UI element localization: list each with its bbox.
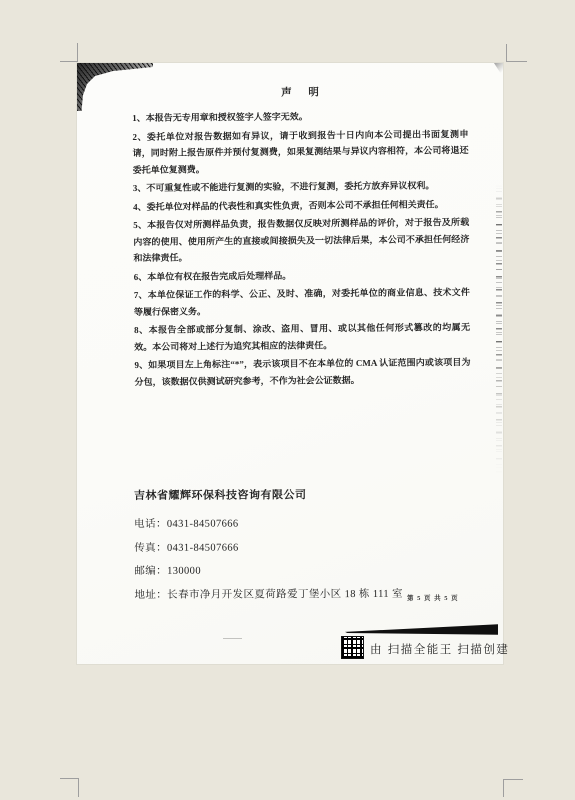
company-name: 吉林省耀辉环保科技咨询有限公司 (134, 486, 403, 503)
statement-item: 7、本单位保证工作的科学、公正、及时、准确，对委托单位的商业信息、技术文件等履行… (134, 284, 470, 320)
camscanner-caption: 由 扫描全能王 扫描创建 (370, 641, 509, 657)
company-address: 地址：长春市净月开发区夏荷路爱丁堡小区 18 栋 111 室 (134, 582, 403, 607)
company-fax: 传真：0431-84507666 (134, 535, 403, 560)
company-phone: 电话：0431-84507666 (134, 512, 403, 537)
statement-item: 3、不可重复性或不能进行复测的实验，不进行复测，委托方放弃异议权利。 (133, 177, 469, 196)
statement-section: 声 明 1、本报告无专用章和授权签字人签字无效。 2、委托单位对报告数据如有异议… (132, 83, 471, 392)
crop-mark-bottom-right (503, 779, 523, 797)
statement-item: 8、本报告全部或部分复制、涂改、盗用、冒用、或以其他任何形式篡改的均属无效。本公… (134, 319, 470, 355)
crop-mark-top-right (506, 44, 527, 62)
qr-code-icon (342, 637, 363, 658)
document-page: 声 明 1、本报告无专用章和授权签字人签字无效。 2、委托单位对报告数据如有异议… (77, 63, 503, 664)
scan-line-artifact (223, 638, 242, 639)
statement-item: 9、如果项目左上角标注“*”，表示该项目不在本单位的 CMA 认证范围内或该项目… (134, 354, 470, 390)
corner-nick-artifact (493, 63, 503, 77)
statement-list: 1、本报告无专用章和授权签字人签字无效。 2、委托单位对报告数据如有异议，请于收… (132, 107, 470, 390)
edge-speckle-artifact (496, 185, 502, 475)
company-postal: 邮编：130000 (134, 559, 403, 584)
statement-item: 1、本报告无专用章和授权签字人签字无效。 (132, 107, 468, 126)
company-info: 吉林省耀辉环保科技咨询有限公司 电话：0431-84507666 传真：0431… (134, 486, 403, 607)
statement-item: 4、委托单位对样品的代表性和真实性负责，否则本公司不承担任何相关责任。 (133, 196, 469, 215)
statement-item: 6、本单位有权在报告完成后处理样品。 (134, 266, 470, 285)
page-number: 第 5 页 共 5 页 (407, 593, 459, 602)
crop-mark-bottom-left (60, 778, 79, 797)
scan-shadow-wedge-artifact (345, 624, 498, 635)
statement-title: 声 明 (132, 83, 468, 101)
statement-item: 2、委托单位对报告数据如有异议，请于收到报告十日内向本公司提出书面复测申请，同时… (132, 126, 468, 178)
statement-item: 5、本报告仅对所测样品负责，报告数据仅反映对所测样品的评价，对于报告及所载内容的… (133, 214, 469, 266)
scan-canvas: 声 明 1、本报告无专用章和授权签字人签字无效。 2、委托单位对报告数据如有异议… (0, 0, 575, 800)
crop-mark-top-left (60, 43, 78, 62)
